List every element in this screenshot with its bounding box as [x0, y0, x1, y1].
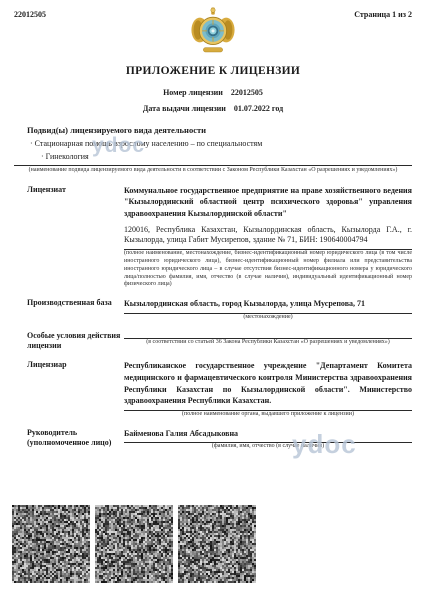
emblem-container: [0, 7, 426, 58]
production-base-label: Производственная база: [14, 298, 124, 321]
head-person-label-line2: (уполномоченное лицо): [27, 438, 124, 448]
license-number-line: Номер лицензии22012505: [14, 88, 412, 97]
license-number-label: Номер лицензии: [163, 88, 223, 97]
kazakhstan-emblem-icon: [191, 7, 235, 58]
head-person-label-line1: Руководитель: [27, 428, 124, 438]
head-person-label: Руководитель (уполномоченное лицо): [14, 428, 124, 451]
divider: [14, 165, 412, 166]
qr-code-2: [95, 505, 173, 583]
head-person-row: Руководитель (уполномоченное лицо) Байме…: [14, 428, 412, 451]
licensee-row: Лицензиат Коммунальное государственное п…: [14, 185, 412, 289]
activity-subtypes-section: Подвид(ы) лицензируемого вида деятельнос…: [14, 125, 412, 161]
subtype-item: · Гинекология: [27, 152, 412, 161]
production-base-value: Кызылординская область, город Кызылорда,…: [124, 298, 412, 321]
subtypes-heading: Подвид(ы) лицензируемого вида деятельнос…: [27, 125, 412, 135]
licensor-note: (полное наименование органа, выдавшего п…: [124, 411, 412, 419]
special-conditions-note: (в соответствии со статьей 36 Закона Рес…: [124, 339, 412, 347]
licensor-label: Лицензиар: [14, 360, 124, 418]
head-person-note: (фамилия, имя, отчество (в случае наличи…: [124, 443, 412, 451]
qr-code-1: [12, 505, 90, 583]
issue-date-label: Дата выдачи лицензии: [143, 104, 226, 113]
production-base-note: (местонахождение): [124, 314, 412, 322]
licensor-name: Республиканское государственное учрежден…: [124, 360, 412, 406]
head-person-value: Байменова Галия Абсадыковна (фамилия, им…: [124, 428, 412, 451]
licensor-value: Республиканское государственное учрежден…: [124, 360, 412, 418]
special-conditions-label: Особые условия действия лицензии: [14, 331, 124, 352]
issue-date-line: Дата выдачи лицензии01.07.2022 год: [14, 104, 412, 113]
licensee-label: Лицензиат: [14, 185, 124, 289]
licensee-note: (полное наименование, местонахождение, б…: [124, 250, 412, 289]
head-person-name: Байменова Галия Абсадыковна: [124, 428, 412, 440]
qr-code-strip: [12, 505, 256, 583]
licensee-name: Коммунальное государственное предприятие…: [124, 185, 412, 220]
special-conditions-row: Особые условия действия лицензии (в соот…: [14, 331, 412, 352]
license-number-value: 22012505: [231, 88, 263, 97]
production-base-row: Производственная база Кызылординская обл…: [14, 298, 412, 321]
licensor-row: Лицензиар Республиканское государственно…: [14, 360, 412, 418]
license-annex-page: 22012505 Страница 1 из 2: [0, 0, 426, 600]
subtypes-note: (наименование подвида лицензируемого вид…: [14, 167, 412, 175]
production-base-address: Кызылординская область, город Кызылорда,…: [124, 298, 412, 310]
qr-code-3: [178, 505, 256, 583]
subtype-item: · Стационарная помощь взрослому населени…: [27, 139, 412, 148]
licensee-address: 120016, Республика Казахстан, Кызылордин…: [124, 225, 412, 247]
special-conditions-value: (в соответствии со статьей 36 Закона Рес…: [124, 331, 412, 352]
licensee-value: Коммунальное государственное предприятие…: [124, 185, 412, 289]
document-title: ПРИЛОЖЕНИЕ К ЛИЦЕНЗИИ: [14, 65, 412, 77]
issue-date-value: 01.07.2022 год: [234, 104, 283, 113]
